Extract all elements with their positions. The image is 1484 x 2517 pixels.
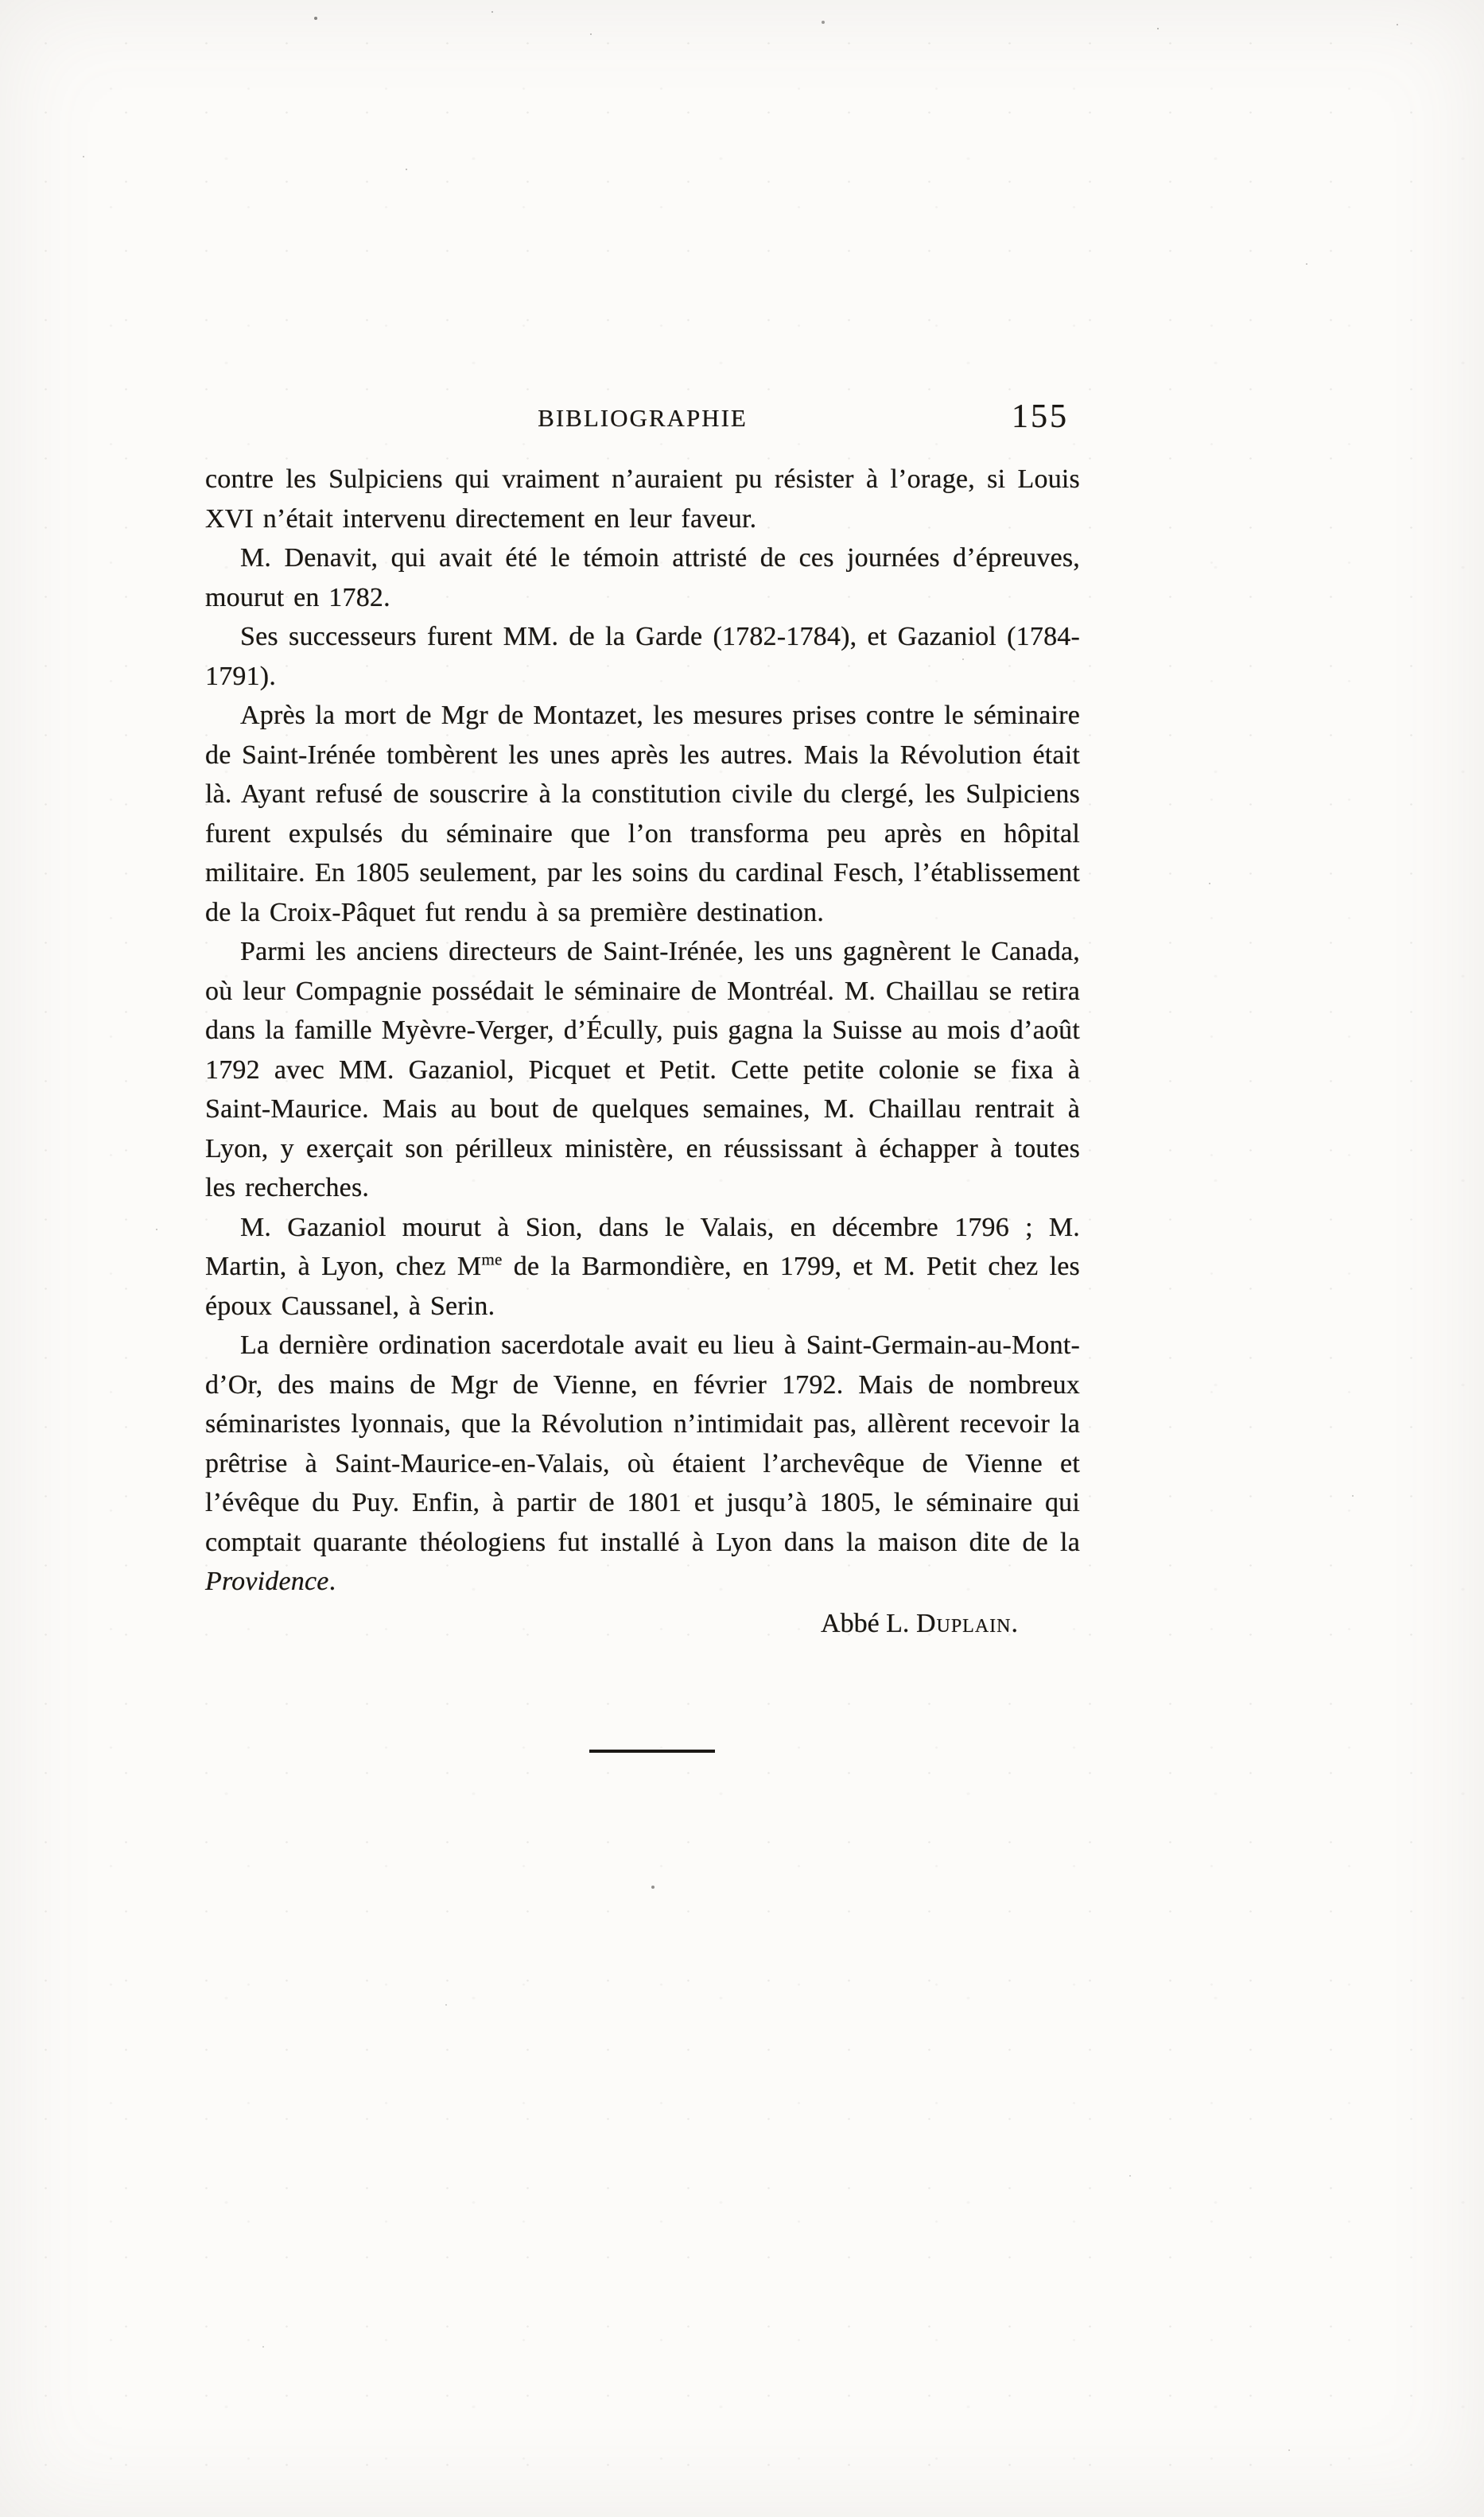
text-run: La dernière ordination sacerdotale avait… bbox=[205, 1330, 1080, 1557]
text-run: . bbox=[1012, 1609, 1019, 1638]
page-body: contre les Sulpiciens qui vraiment n’aur… bbox=[205, 460, 1080, 1602]
text-run-smallcaps: Duplain bbox=[916, 1609, 1012, 1638]
scan-noise-specks bbox=[0, 0, 2, 2]
text-run: Ses successeurs furent MM. de la Garde (… bbox=[205, 622, 1080, 691]
paragraph: M. Gazaniol mourut à Sion, dans le Valai… bbox=[205, 1208, 1080, 1326]
text-run-italic: Providence bbox=[205, 1567, 329, 1596]
paragraph: Parmi les anciens directeurs de Saint-Ir… bbox=[205, 932, 1080, 1208]
scanned-book-page: BIBLIOGRAPHIE 155 contre les Sulpiciens … bbox=[0, 0, 1484, 2517]
text-run: M. Denavit, qui avait été le témoin attr… bbox=[205, 543, 1080, 612]
running-head: BIBLIOGRAPHIE 155 bbox=[205, 402, 1080, 444]
paragraph: M. Denavit, qui avait été le témoin attr… bbox=[205, 538, 1080, 617]
text-run: . bbox=[329, 1567, 336, 1596]
text-run: Après la mort de Mgr de Montazet, les me… bbox=[205, 701, 1080, 927]
paragraph: La dernière ordination sacerdotale avait… bbox=[205, 1326, 1080, 1602]
paragraph: Ses successeurs furent MM. de la Garde (… bbox=[205, 617, 1080, 696]
text-run: Parmi les anciens directeurs de Saint-Ir… bbox=[205, 937, 1080, 1202]
text-run-sup: me bbox=[481, 1250, 502, 1269]
text-run: contre les Sulpiciens qui vraiment n’aur… bbox=[205, 464, 1080, 534]
page-number: 155 bbox=[1012, 398, 1069, 436]
end-rule bbox=[589, 1750, 715, 1753]
paragraph: contre les Sulpiciens qui vraiment n’aur… bbox=[205, 460, 1080, 538]
signature-line: Abbé L. Duplain. bbox=[205, 1604, 1080, 1644]
text-run: Abbé L. bbox=[821, 1609, 916, 1638]
paragraph: Après la mort de Mgr de Montazet, les me… bbox=[205, 696, 1080, 932]
text-block: BIBLIOGRAPHIE 155 contre les Sulpiciens … bbox=[205, 402, 1080, 1753]
running-head-title: BIBLIOGRAPHIE bbox=[538, 404, 748, 433]
